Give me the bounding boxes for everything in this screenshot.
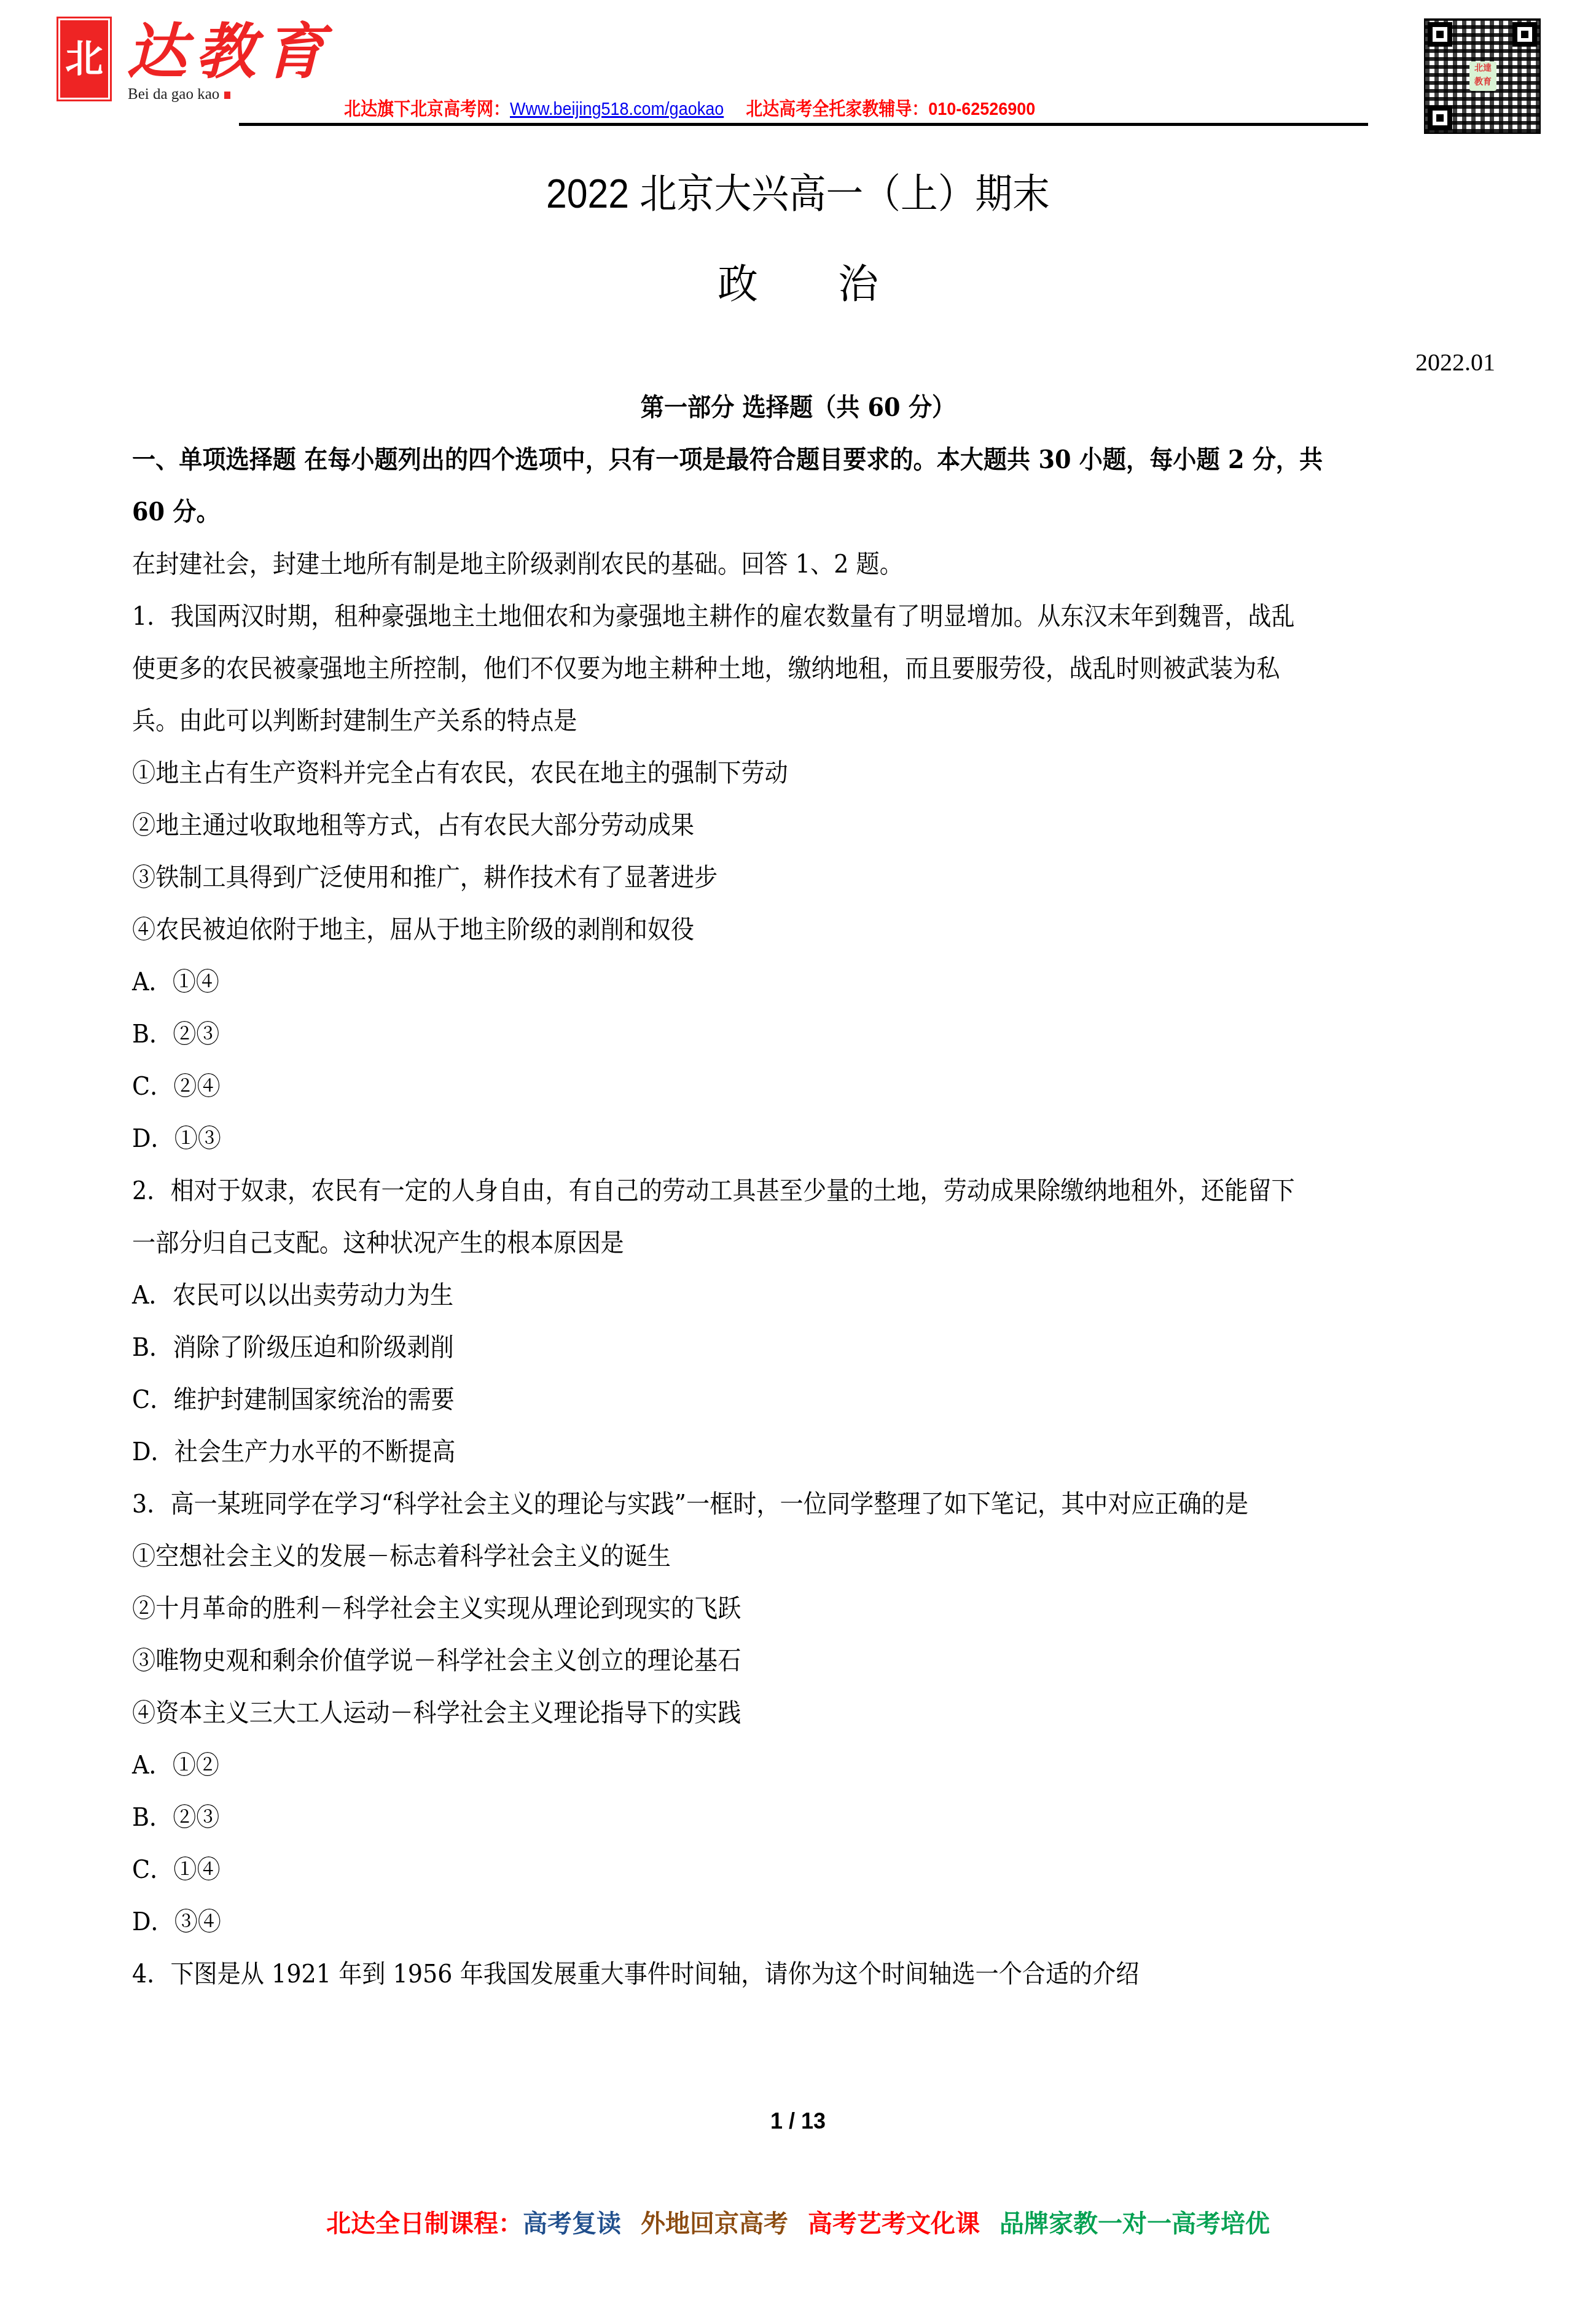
logo-seal-icon: 北 [60,20,108,98]
qr-finder-icon [1428,22,1452,47]
page-number: 1 / 13 [0,2108,1596,2134]
brand-logo: 北 达教育 Bei da gao kao [60,17,429,103]
hotline-label: 北达高考全托家教辅导： [746,99,928,119]
option-a[interactable]: A．①② [132,1748,219,1782]
option-d[interactable]: D．③④ [132,1904,221,1939]
course-link[interactable]: 品牌家教一对一高考培优 [999,2204,1270,2239]
question-stem: 1．我国两汉时期，租种豪强地主土地佃农和为豪强地主耕作的雇农数量有了明显增加。从… [132,599,1295,633]
qr-code-icon: 北達 教育 [1424,18,1541,134]
qr-center-line: 教育 [1469,75,1496,88]
qr-center-line: 北達 [1469,61,1496,75]
question-stem: 兵。由此可以判断封建制生产关系的特点是 [132,703,577,738]
question-stem: 3．高一某班同学在学习“科学社会主义的理论与实践”一框时，一位同学整理了如下笔记… [132,1487,1248,1521]
logo-subtitle-text: Bei da gao kao [128,86,219,103]
statement: ①空想社会主义的发展－标志着科学社会主义的诞生 [132,1539,671,1573]
statement: ①地主占有生产资料并完全占有农民，农民在地主的强制下劳动 [132,756,788,790]
question-stem: 2．相对于奴隶，农民有一定的人身自由，有自己的劳动工具甚至少量的土地，劳动成果除… [132,1173,1295,1208]
section-instruction: 60 分。 [132,495,220,529]
section-instruction: 一、单项选择题 在每小题列出的四个选项中，只有一项是最符合题目要求的。本大题共 … [132,442,1323,477]
statement: ③铁制工具得到广泛使用和推广，耕作技术有了显著进步 [132,860,718,894]
qr-finder-icon [1428,106,1452,130]
site-link[interactable]: Www.beijing518.com/gaokao [510,99,724,119]
option-b[interactable]: B．②③ [132,1017,219,1051]
option-d[interactable]: D．社会生产力水平的不断提高 [132,1434,455,1469]
part-heading: 第一部分 选择题（共 60 分） [56,390,1540,424]
document-title: 2022 北京大兴高一（上）期末 [64,169,1532,218]
option-b[interactable]: B．消除了阶级压迫和阶级剥削 [132,1330,454,1364]
option-b[interactable]: B．②③ [132,1800,219,1834]
option-d[interactable]: D．①③ [132,1121,221,1156]
statement: ②十月革命的胜利－科学社会主义实现从理论到现实的飞跃 [132,1591,741,1625]
statement: ③唯物史观和剩余价值学说－科学社会主义创立的理论基石 [132,1643,741,1678]
qr-center-logo: 北達 教育 [1469,61,1496,91]
statement: ④资本主义三大工人运动－科学社会主义理论指导下的实践 [132,1696,741,1730]
option-a[interactable]: A．农民可以以出卖劳动力为生 [132,1278,453,1312]
qr-finder-icon [1512,22,1537,47]
footer-courses: 北达全日制课程：高考复读外地回京高考高考艺考文化课品牌家教一对一高考培优 [0,2204,1596,2239]
courses-label: 北达全日制课程： [326,2204,523,2239]
logo-text: 达教育 [127,18,333,86]
course-link[interactable]: 外地回京高考 [641,2204,788,2239]
question-stem: 一部分归自己支配。这种状况产生的根本原因是 [132,1226,624,1260]
logo-subtitle: Bei da gao kao [128,86,230,103]
option-c[interactable]: C．②④ [132,1069,221,1103]
statement: ②地主通过收取地租等方式，占有农民大部分劳动成果 [132,808,694,842]
document-subject: 政治 [0,259,1596,308]
course-link[interactable]: 高考复读 [523,2204,621,2239]
site-label: 北达旗下北京高考网： [344,99,510,119]
logo-square-icon [224,92,230,99]
header-divider [239,123,1368,126]
option-c[interactable]: C．维护封建制国家统治的需要 [132,1382,455,1417]
statement: ④农民被迫依附于地主，屈从于地主阶级的剥削和奴役 [132,912,694,947]
option-a[interactable]: A．①④ [132,964,219,999]
question-stem: 使更多的农民被豪强地主所控制，他们不仅要为地主耕种土地，缴纳地租，而且要服劳役，… [132,651,1280,686]
course-link[interactable]: 高考艺考文化课 [808,2204,980,2239]
header-info-bar: 北达旗下北京高考网：Www.beijing518.com/gaokao北达高考全… [344,93,1035,120]
hotline-number: 010-62526900 [928,99,1035,119]
option-c[interactable]: C．①④ [132,1852,221,1887]
question-stem: 4．下图是从 1921 年到 1956 年我国发展重大事件时间轴，请你为这个时间… [132,1957,1140,1991]
material-intro: 在封建社会，封建土地所有制是地主阶级剥削农民的基础。回答 1、2 题。 [132,547,903,581]
document-date: 2022.01 [1415,347,1495,378]
